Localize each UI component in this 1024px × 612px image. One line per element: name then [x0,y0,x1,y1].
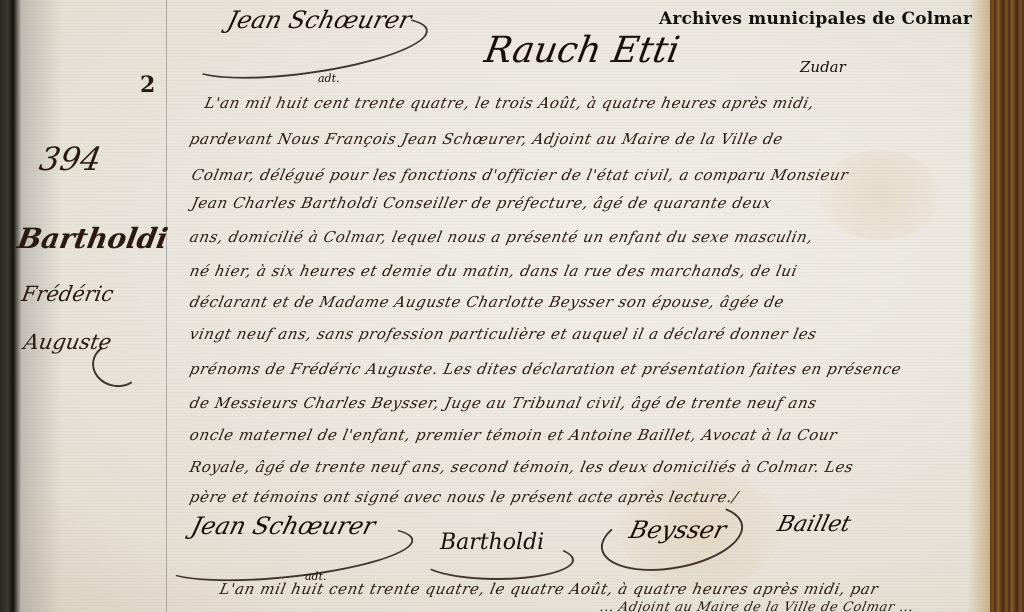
officer-title-top: adt. [318,72,340,85]
page-gutter-fade [22,0,62,612]
body-line: né hier, à six heures et demie du matin,… [188,262,799,280]
body-line: prénoms de Frédéric Auguste. Les dites d… [188,360,903,378]
next-entry-line: ... Adjoint au Maire de la Ville de Colm… [598,600,915,612]
body-line: L'an mil huit cent trente quatre, le tro… [203,94,816,112]
margin-rule [166,0,167,612]
book-binding [990,0,1024,612]
register-page: Archives municipales de Colmar 394 Barth… [0,0,1024,612]
entry-index: 2 [140,72,155,98]
father-signature-flourish [420,540,574,580]
page-edge-stain [968,0,990,612]
body-line: déclarant et de Madame Auguste Charlotte… [188,293,786,311]
header-signature-zudar: Zudar [800,58,846,76]
body-line: Jean Charles Bartholdi Conseiller de pré… [190,194,773,212]
body-line: de Messieurs Charles Beysser, Juge au Tr… [188,394,819,412]
body-line: ans, domicilié à Colmar, lequel nous a p… [188,228,815,246]
body-line: pardevant Nous François Jean Schœurer, A… [188,130,785,148]
header-signature-rauch: Rauch Etti [481,30,682,71]
witness-2-signature: Baillet [775,512,853,537]
paper-stain [820,150,940,240]
body-line: Royale, âgé de trente neuf ans, second t… [188,458,855,476]
archive-watermark: Archives municipales de Colmar [659,9,972,29]
body-line: oncle maternel de l'enfant, premier témo… [188,426,839,444]
body-line: père et témoins ont signé avec nous le p… [188,488,740,506]
body-line: Colmar, délégué pour les fonctions d'off… [190,166,850,184]
body-line: vingt neuf ans, sans profession particul… [188,325,818,343]
margin-given-name-1: Frédéric [20,282,116,306]
margin-surname: Bartholdi [15,222,170,255]
next-entry-line: L'an mil huit cent trente quatre, le qua… [218,580,880,598]
page-gutter-shadow [0,0,22,612]
margin-entry-number: 394 [37,140,105,178]
